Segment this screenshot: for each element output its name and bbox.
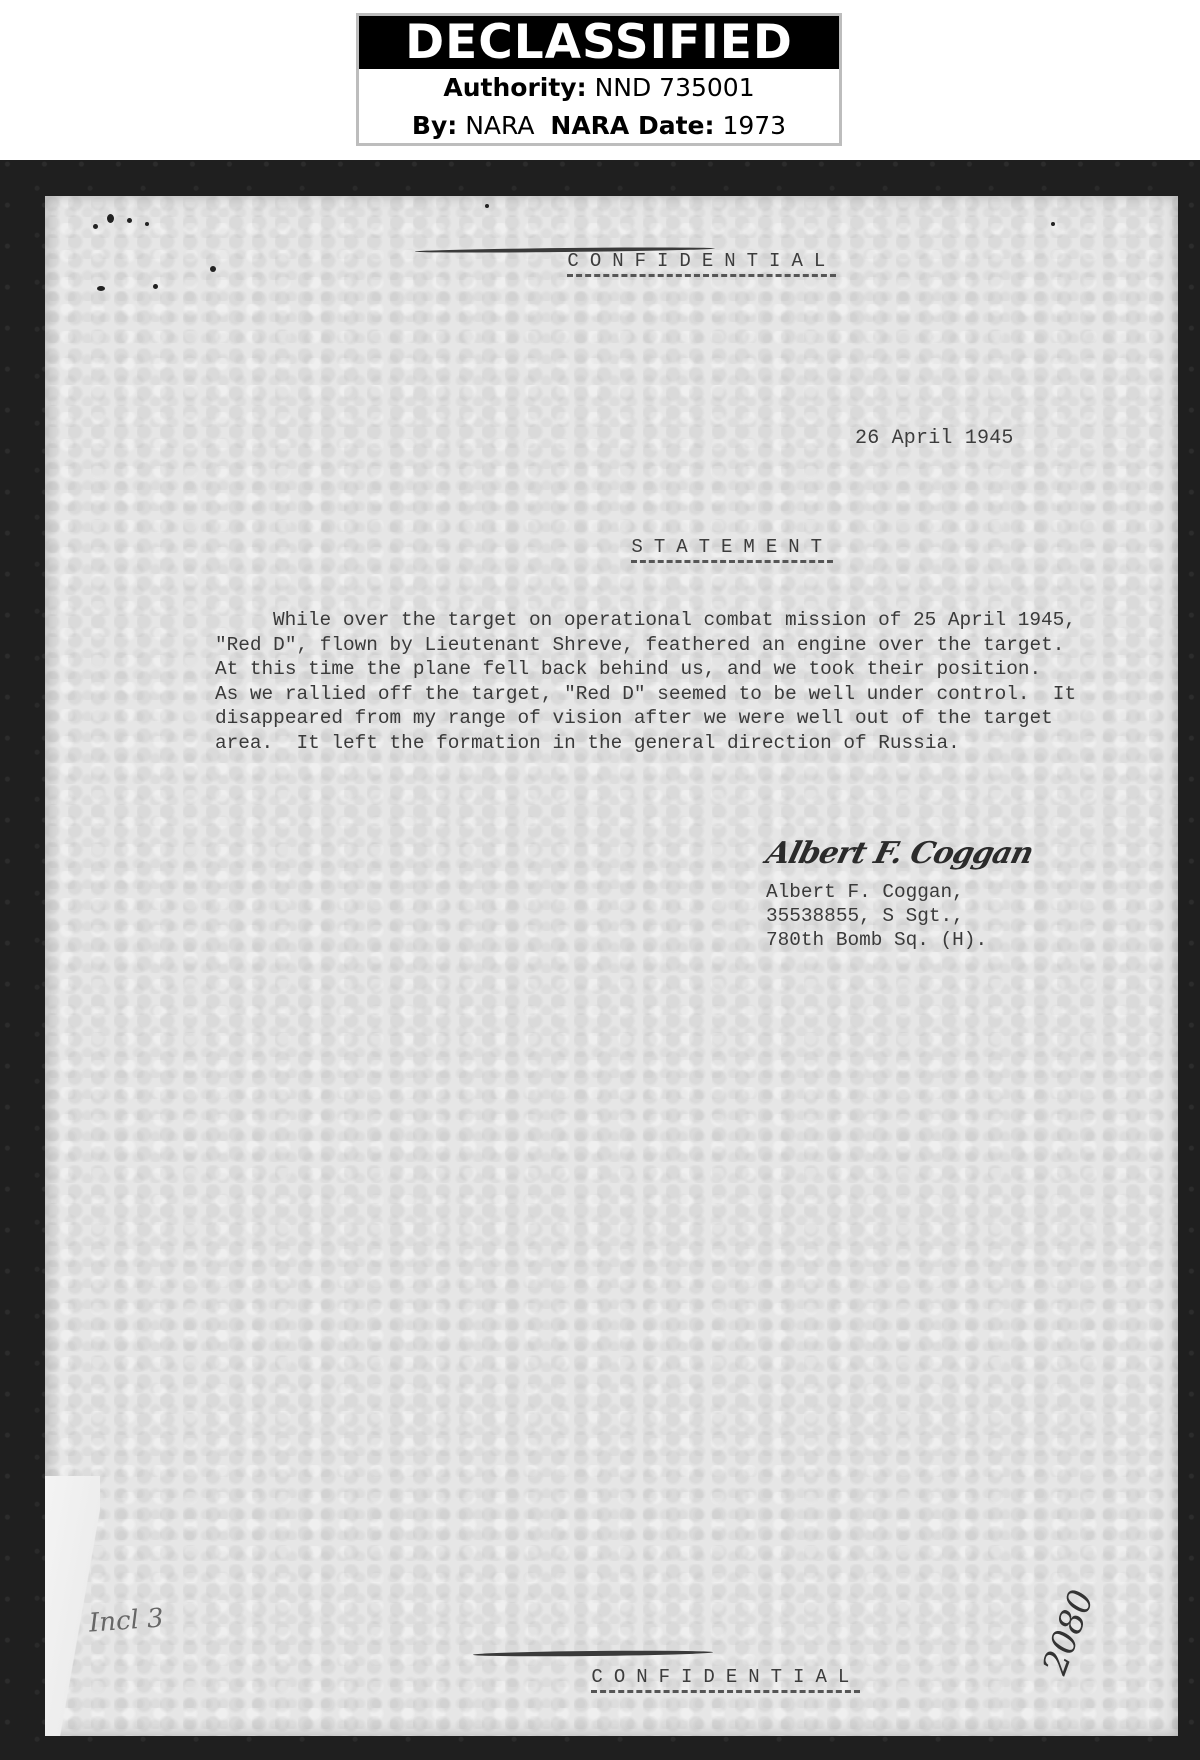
body-line: disappeared from my range of vision afte… [215,706,1095,731]
speck [93,224,98,229]
speck [485,204,489,208]
speck [145,222,149,226]
stamp-authority: Authority: NND 735001 [359,69,839,107]
document-date: 26 April 1945 [855,427,1014,450]
stamp-by-date: By: NARA NARA Date: 1973 [359,107,839,145]
classification-top: CONFIDENTIAL [433,228,836,294]
speck [153,284,158,289]
authority-label: Authority: [443,73,586,102]
handwritten-signature: Albert F. Coggan [763,836,1037,871]
body-line: While over the target on operational com… [215,608,1095,633]
statement-body: While over the target on operational com… [215,608,1095,756]
signer-name: Albert F. Coggan, [766,880,987,904]
body-line: "Red D", flown by Lieutenant Shreve, fea… [215,633,1095,658]
speck [210,266,216,272]
signer-unit: 780th Bomb Sq. (H). [766,928,987,952]
handwritten-document-number: 2080 [1035,1585,1102,1680]
handwritten-inclosure-note: Incl 3 [88,1603,165,1638]
speck [97,286,105,291]
heading-text: STATEMENT [631,536,833,563]
document-heading: STATEMENT [497,514,833,580]
body-line: At this time the plane fell back behind … [215,657,1095,682]
classification-top-text: CONFIDENTIAL [567,250,836,277]
declassified-stamp: DECLASSIFIED Authority: NND 735001 By: N… [356,13,842,146]
signature-block: Albert F. Coggan, 35538855, S Sgt., 780t… [766,880,987,952]
nara-date-label: NARA Date: [550,111,714,140]
by-value: NARA [465,111,534,140]
speck [127,218,132,223]
body-line: area. It left the formation in the gener… [215,731,1095,756]
document-page: CONFIDENTIAL 26 April 1945 STATEMENT Whi… [45,196,1178,1736]
body-line: As we rallied off the target, "Red D" se… [215,682,1095,707]
scan-frame: CONFIDENTIAL 26 April 1945 STATEMENT Whi… [0,160,1200,1760]
speck [1051,222,1055,226]
stamp-title: DECLASSIFIED [359,16,839,69]
signer-serial-rank: 35538855, S Sgt., [766,904,987,928]
page-fold [45,1476,100,1736]
by-label: By: [412,111,457,140]
classification-bottom-text: CONFIDENTIAL [591,1666,860,1693]
speck [107,214,114,223]
authority-value: NND 735001 [595,73,755,102]
nara-date-value: 1973 [722,111,786,140]
